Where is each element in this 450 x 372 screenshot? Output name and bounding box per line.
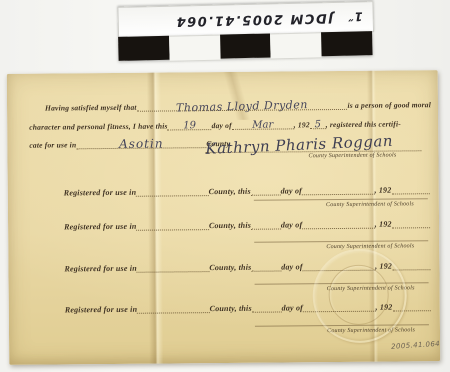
signature-block: Kathryn Pharis Roggan County Superintend… [205, 136, 421, 160]
day-blank [252, 301, 282, 312]
row-county-this: County, this [209, 263, 251, 272]
county-blank [136, 185, 209, 197]
row-prefix: Registered for use in [65, 305, 138, 315]
paragraph-text: character and personal fitness, I have t… [29, 121, 167, 131]
certificate-document: Having satisfied myself that Thomas Lloy… [7, 70, 441, 365]
day-blank [251, 260, 281, 271]
superintendent-title: County Superintendent of Schools [254, 243, 428, 251]
county-blank [136, 219, 209, 231]
county-blank: Asotin [76, 137, 206, 149]
row-prefix: Registered for use in [64, 188, 137, 198]
embossed-seal-inner-ring [328, 265, 389, 326]
scale-bar-size-label: 1″ [347, 10, 363, 24]
certificate-paragraph-line2: character and personal fitness, I have t… [29, 117, 431, 132]
paragraph-text: day of [212, 121, 232, 130]
checker-square-white [270, 32, 321, 59]
row-day-of: day of [282, 303, 303, 312]
museum-scale-bar: 1″ JDCM 2005.41.064 [117, 1, 374, 62]
scale-bar-accession-label: JDCM 2005.41.064 [175, 10, 333, 29]
signature-caption-block: County Superintendent of Schools [254, 240, 428, 251]
day-blank: 19 [168, 119, 212, 130]
paragraph-text: Having satisfied myself that [45, 103, 137, 113]
paragraph-text: is a person of good moral [347, 100, 431, 110]
row-prefix: Registered for use in [64, 264, 137, 274]
row-day-of: day of [281, 262, 302, 271]
row-county-this: County, this [210, 304, 252, 313]
checker-square-black [118, 36, 169, 61]
day-blank [251, 185, 281, 196]
handwritten-month: Mar [252, 121, 273, 131]
year-blank: 5 [310, 118, 326, 129]
checker-square-white [169, 35, 220, 62]
accession-number: 2005.41.064 [391, 340, 440, 351]
checker-square-black [220, 33, 271, 58]
name-blank: Thomas Lloyd Dryden [137, 99, 348, 112]
year-blank [391, 183, 429, 194]
day-blank [251, 218, 281, 229]
handwritten-name: Thomas Lloyd Dryden [176, 99, 308, 113]
row-year: , 192 [374, 186, 391, 195]
paragraph-text: , 192 [294, 120, 310, 129]
signature-caption-block: County Superintendent of Schools [254, 198, 428, 209]
handwritten-year-digit: 5 [315, 120, 321, 130]
registration-row: Registered for use in County, this day o… [64, 182, 430, 197]
month-blank [302, 218, 375, 230]
month-blank [302, 184, 375, 196]
row-county-this: County, this [209, 221, 251, 230]
row-county-this: County, this [209, 187, 251, 196]
row-year: , 192 [375, 220, 392, 229]
county-blank [137, 261, 210, 273]
county-blank [137, 302, 210, 314]
paragraph-text: , registered this certifi- [326, 119, 401, 129]
registration-row: Registered for use in County, this day o… [64, 216, 430, 231]
month-blank: Mar [232, 118, 294, 130]
checker-square-black [321, 31, 372, 56]
year-blank [392, 217, 430, 228]
certificate-paragraph-line1: Having satisfied myself that Thomas Lloy… [45, 98, 431, 112]
row-prefix: Registered for use in [64, 222, 137, 232]
handwritten-county: Asotin [119, 138, 164, 150]
paragraph-text: cate for use in [29, 140, 76, 149]
row-day-of: day of [281, 220, 302, 229]
superintendent-title: County Superintendent of Schools [254, 201, 428, 209]
handwritten-day: 19 [183, 121, 196, 131]
row-day-of: day of [281, 186, 302, 195]
embossed-seal [312, 248, 407, 343]
scale-bar-checkers [118, 31, 372, 61]
